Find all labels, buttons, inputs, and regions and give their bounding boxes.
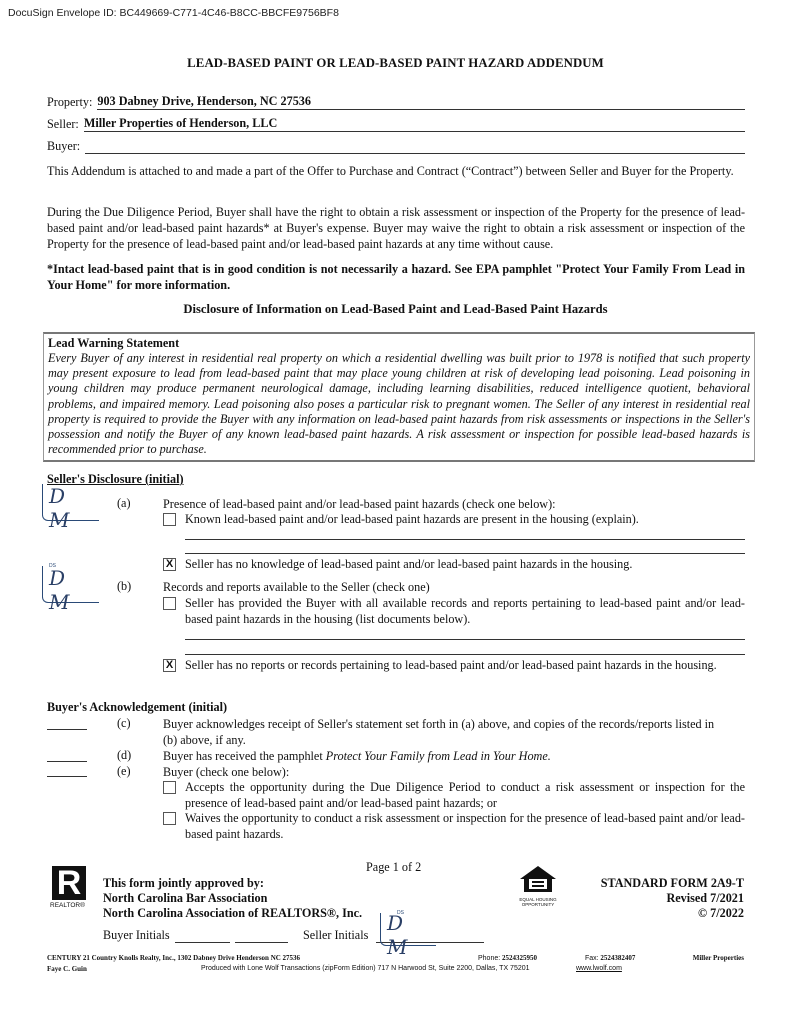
item-e-letter: (e) [117,764,131,779]
brokerage-info: CENTURY 21 Country Knolls Realty, Inc., … [47,954,300,962]
item-d-letter: (d) [117,748,131,763]
equal-housing-logo: EQUAL HOUSING OPPORTUNITY [518,865,558,907]
explain-line[interactable] [185,539,745,540]
seller-label: Seller: [47,117,79,132]
note-paragraph: *Intact lead-based paint that is in good… [47,261,745,293]
document-name: Miller Properties [686,954,744,962]
approved-line-1: This form jointly approved by: [103,876,362,891]
item-e-text: Buyer (check one below): [163,764,745,780]
checkbox-no-knowledge[interactable]: X [163,558,176,571]
seller-field: Seller: Miller Properties of Henderson, … [47,116,745,132]
item-b-option-no-records: X Seller has no reports or records perta… [163,657,745,673]
addendum-paragraph: This Addendum is attached to and made a … [47,163,745,179]
page-number: Page 1 of 2 [366,860,421,875]
buyer-initials-e[interactable] [47,776,87,777]
item-e-option-waive: Waives the opportunity to conduct a risk… [163,810,745,842]
form-info: STANDARD FORM 2A9-T Revised 7/2021 © 7/2… [560,876,744,921]
form-copyright: © 7/2022 [560,906,744,921]
documents-line[interactable] [185,639,745,640]
form-revised: Revised 7/2021 [560,891,744,906]
property-label: Property: [47,95,92,110]
item-b-letter: (b) [117,579,131,594]
phone-label: Phone: [478,955,500,962]
option-known-lead-text: Known lead-based paint and/or lead-based… [185,511,745,527]
equal-housing-icon [518,865,558,893]
option-waive-text: Waives the opportunity to conduct a risk… [185,810,745,842]
seller-initials-b-signature: D M [49,566,99,614]
item-b-text: Records and reports available to the Sel… [163,579,745,595]
fax-value: 2524382407 [600,954,635,962]
envelope-id: DocuSign Envelope ID: BC449669-C771-4C46… [8,7,339,19]
checkbox-no-records[interactable]: X [163,659,176,672]
item-a-option-known: Known lead-based paint and/or lead-based… [163,511,745,527]
option-accept-text: Accepts the opportunity during the Due D… [185,779,745,811]
seller-value[interactable]: Miller Properties of Henderson, LLC [84,116,745,132]
buyer-value[interactable] [85,138,745,154]
approved-line-2: North Carolina Bar Association [103,891,362,906]
seller-initials-label: Seller Initials [303,928,368,943]
lead-warning-box: Lead Warning Statement Every Buyer of an… [43,332,755,462]
item-c-letter: (c) [117,716,131,731]
agent-name: Faye C. Guin [47,965,87,973]
item-a-text: Presence of lead-based paint and/or lead… [163,496,745,512]
item-c-text: Buyer acknowledges receipt of Seller's s… [163,716,723,748]
warning-heading: Lead Warning Statement [48,336,750,351]
checkbox-waive-inspection[interactable] [163,812,176,825]
buyer-initials-label: Buyer Initials [103,928,170,943]
item-d-text: Buyer has received the pamphlet Protect … [163,748,745,764]
seller-initials-a[interactable]: D M [42,484,99,521]
property-value[interactable]: 903 Dabney Drive, Henderson, NC 27536 [97,94,745,110]
realtor-caption: REALTOR® [50,902,85,909]
fax-info: Fax: 2524382407 [585,954,635,962]
seller-initials-a-signature: D M [49,484,99,532]
option-records-provided-text: Seller has provided the Buyer with all a… [185,595,745,627]
lwolf-link[interactable]: www.lwolf.com [576,965,622,972]
phone-value: 2524325950 [502,954,537,962]
documents-line-2[interactable] [185,654,745,655]
checkbox-records-provided[interactable] [163,597,176,610]
approved-line-3: North Carolina Association of REALTORS®,… [103,906,362,921]
option-no-knowledge-text: Seller has no knowledge of lead-based pa… [185,556,745,572]
footer-seller-initials-signature: D M [387,911,436,959]
item-a-option-no-knowledge: X Seller has no knowledge of lead-based … [163,556,745,572]
checkbox-known-lead[interactable] [163,513,176,526]
pamphlet-title: Protect Your Family from Lead in Your Ho… [326,749,551,763]
page-title: LEAD-BASED PAINT OR LEAD-BASED PAINT HAZ… [0,56,791,71]
option-no-records-text: Seller has no reports or records pertain… [185,657,745,673]
item-e-option-accept: Accepts the opportunity during the Due D… [163,779,745,811]
buyer-initials-c[interactable] [47,729,87,730]
phone-info: Phone: 2524325950 [478,954,537,962]
buyer-initials-d[interactable] [47,761,87,762]
disclosure-heading: Disclosure of Information on Lead-Based … [0,302,791,317]
item-d-text-prefix: Buyer has received the pamphlet [163,749,326,763]
form-name: STANDARD FORM 2A9-T [560,876,744,891]
property-field: Property: 903 Dabney Drive, Henderson, N… [47,94,745,110]
footer-buyer-initials-2[interactable] [235,942,288,943]
seller-initials-b[interactable]: DS D M [42,566,99,603]
explain-line-2[interactable] [185,553,745,554]
fax-label: Fax: [585,955,599,962]
buyer-ack-heading: Buyer's Acknowledgement (initial) [47,700,227,715]
due-diligence-paragraph: During the Due Diligence Period, Buyer s… [47,204,745,252]
realtor-r-icon: R [52,864,86,902]
footer-seller-initials[interactable]: DS D M [380,913,436,946]
item-b-option-provided: Seller has provided the Buyer with all a… [163,595,745,627]
realtor-logo: R [52,866,86,900]
produced-with: Produced with Lone Wolf Transactions (zi… [201,965,530,972]
warning-text: Every Buyer of any interest in residenti… [48,351,750,457]
approved-block: This form jointly approved by: North Car… [103,876,362,921]
buyer-label: Buyer: [47,139,80,154]
footer-buyer-initials-1[interactable] [175,942,230,943]
item-a-letter: (a) [117,496,131,511]
checkbox-accept-inspection[interactable] [163,781,176,794]
buyer-field: Buyer: [47,138,745,154]
eho-caption-2: OPPORTUNITY [518,902,558,907]
